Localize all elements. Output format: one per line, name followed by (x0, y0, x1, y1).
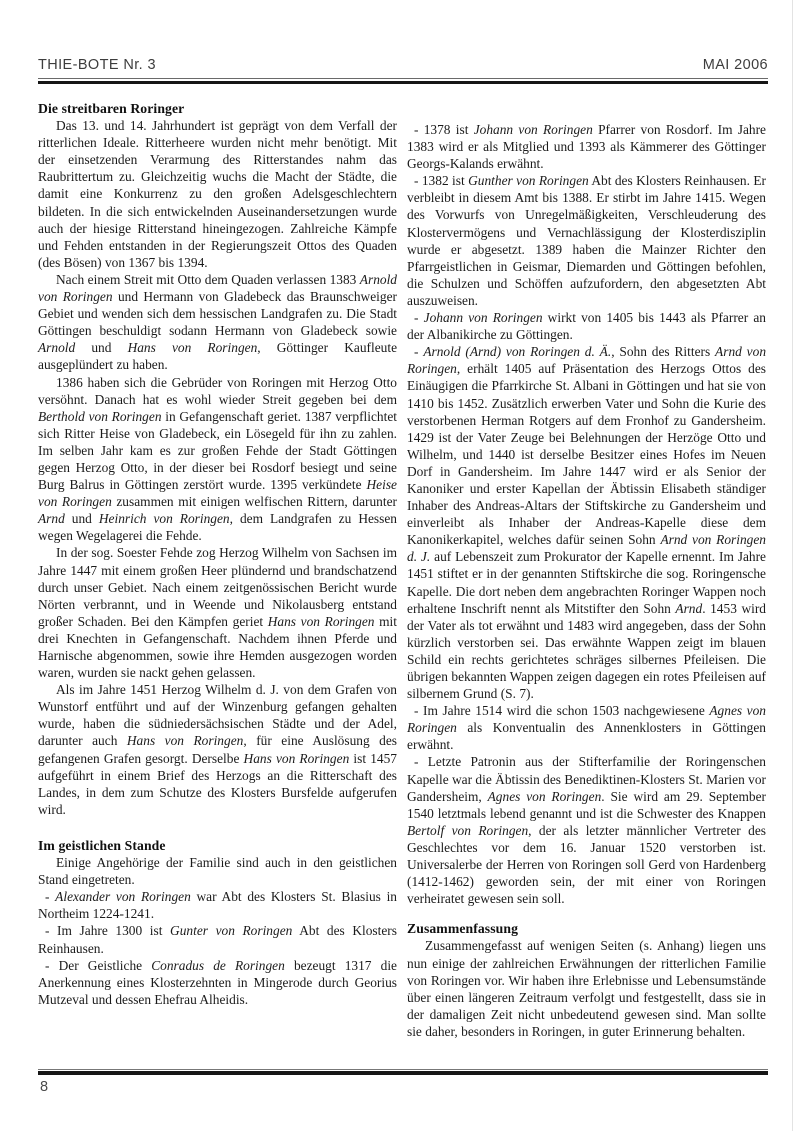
list-item-paragraph: - 1378 ist Johann von Roringen Pfarrer v… (407, 121, 766, 172)
list-item-paragraph: - Arnold (Arnd) von Roringen d. Ä., Sohn… (407, 343, 766, 702)
body-paragraph: Als im Jahre 1451 Herzog Wilhelm d. J. v… (38, 681, 397, 818)
list-item-paragraph: - Der Geistliche Conradus de Roringen be… (38, 957, 397, 1008)
page-header: THIE-BOTE Nr. 3 MAI 2006 (38, 57, 768, 84)
page-number: 8 (40, 1079, 48, 1095)
body-paragraph: Einige Angehörige der Familie sind auch … (38, 854, 397, 888)
article-body: Die streitbaren RoringerDas 13. und 14. … (38, 100, 767, 1040)
left-column: Die streitbaren RoringerDas 13. und 14. … (38, 100, 397, 1040)
newsletter-title: THIE-BOTE Nr. 3 (38, 57, 156, 73)
list-item-paragraph: - Im Jahre 1300 ist Gunter von Roringen … (38, 922, 397, 956)
body-paragraph: Zusammengefasst auf wenigen Seiten (s. A… (407, 937, 766, 1040)
scan-edge-artifact (792, 0, 793, 1131)
list-item-paragraph: - Johann von Roringen wirkt von 1405 bis… (407, 309, 766, 343)
footer-rule-thick (38, 1071, 768, 1075)
section-heading: Die streitbaren Roringer (38, 100, 397, 117)
section-heading: Zusammenfassung (407, 920, 766, 937)
header-rule-thick (38, 81, 768, 85)
footer-rule (38, 1069, 768, 1075)
list-item-paragraph: - Letzte Patronin aus der Stifterfamilie… (407, 753, 766, 907)
right-column: - 1378 ist Johann von Roringen Pfarrer v… (407, 100, 766, 1040)
list-item-paragraph: - Alexander von Roringen war Abt des Klo… (38, 888, 397, 922)
body-paragraph: Nach einem Streit mit Otto dem Quaden ve… (38, 271, 397, 374)
section-heading: Im geistlichen Stande (38, 837, 397, 854)
body-paragraph: 1386 haben sich die Gebrüder von Roringe… (38, 374, 397, 545)
issue-date: MAI 2006 (703, 57, 768, 73)
header-rule-thin (38, 78, 768, 79)
body-paragraph: In der sog. Soester Fehde zog Herzog Wil… (38, 544, 397, 681)
footer-rule-thin (38, 1069, 768, 1070)
body-paragraph: Das 13. und 14. Jahrhundert ist geprägt … (38, 117, 397, 271)
list-item-paragraph: - Im Jahre 1514 wird die schon 1503 nach… (407, 702, 766, 753)
list-item-paragraph: - 1382 ist Gunther von Roringen Abt des … (407, 172, 766, 309)
document-page: THIE-BOTE Nr. 3 MAI 2006 Die streitbaren… (0, 0, 800, 1131)
